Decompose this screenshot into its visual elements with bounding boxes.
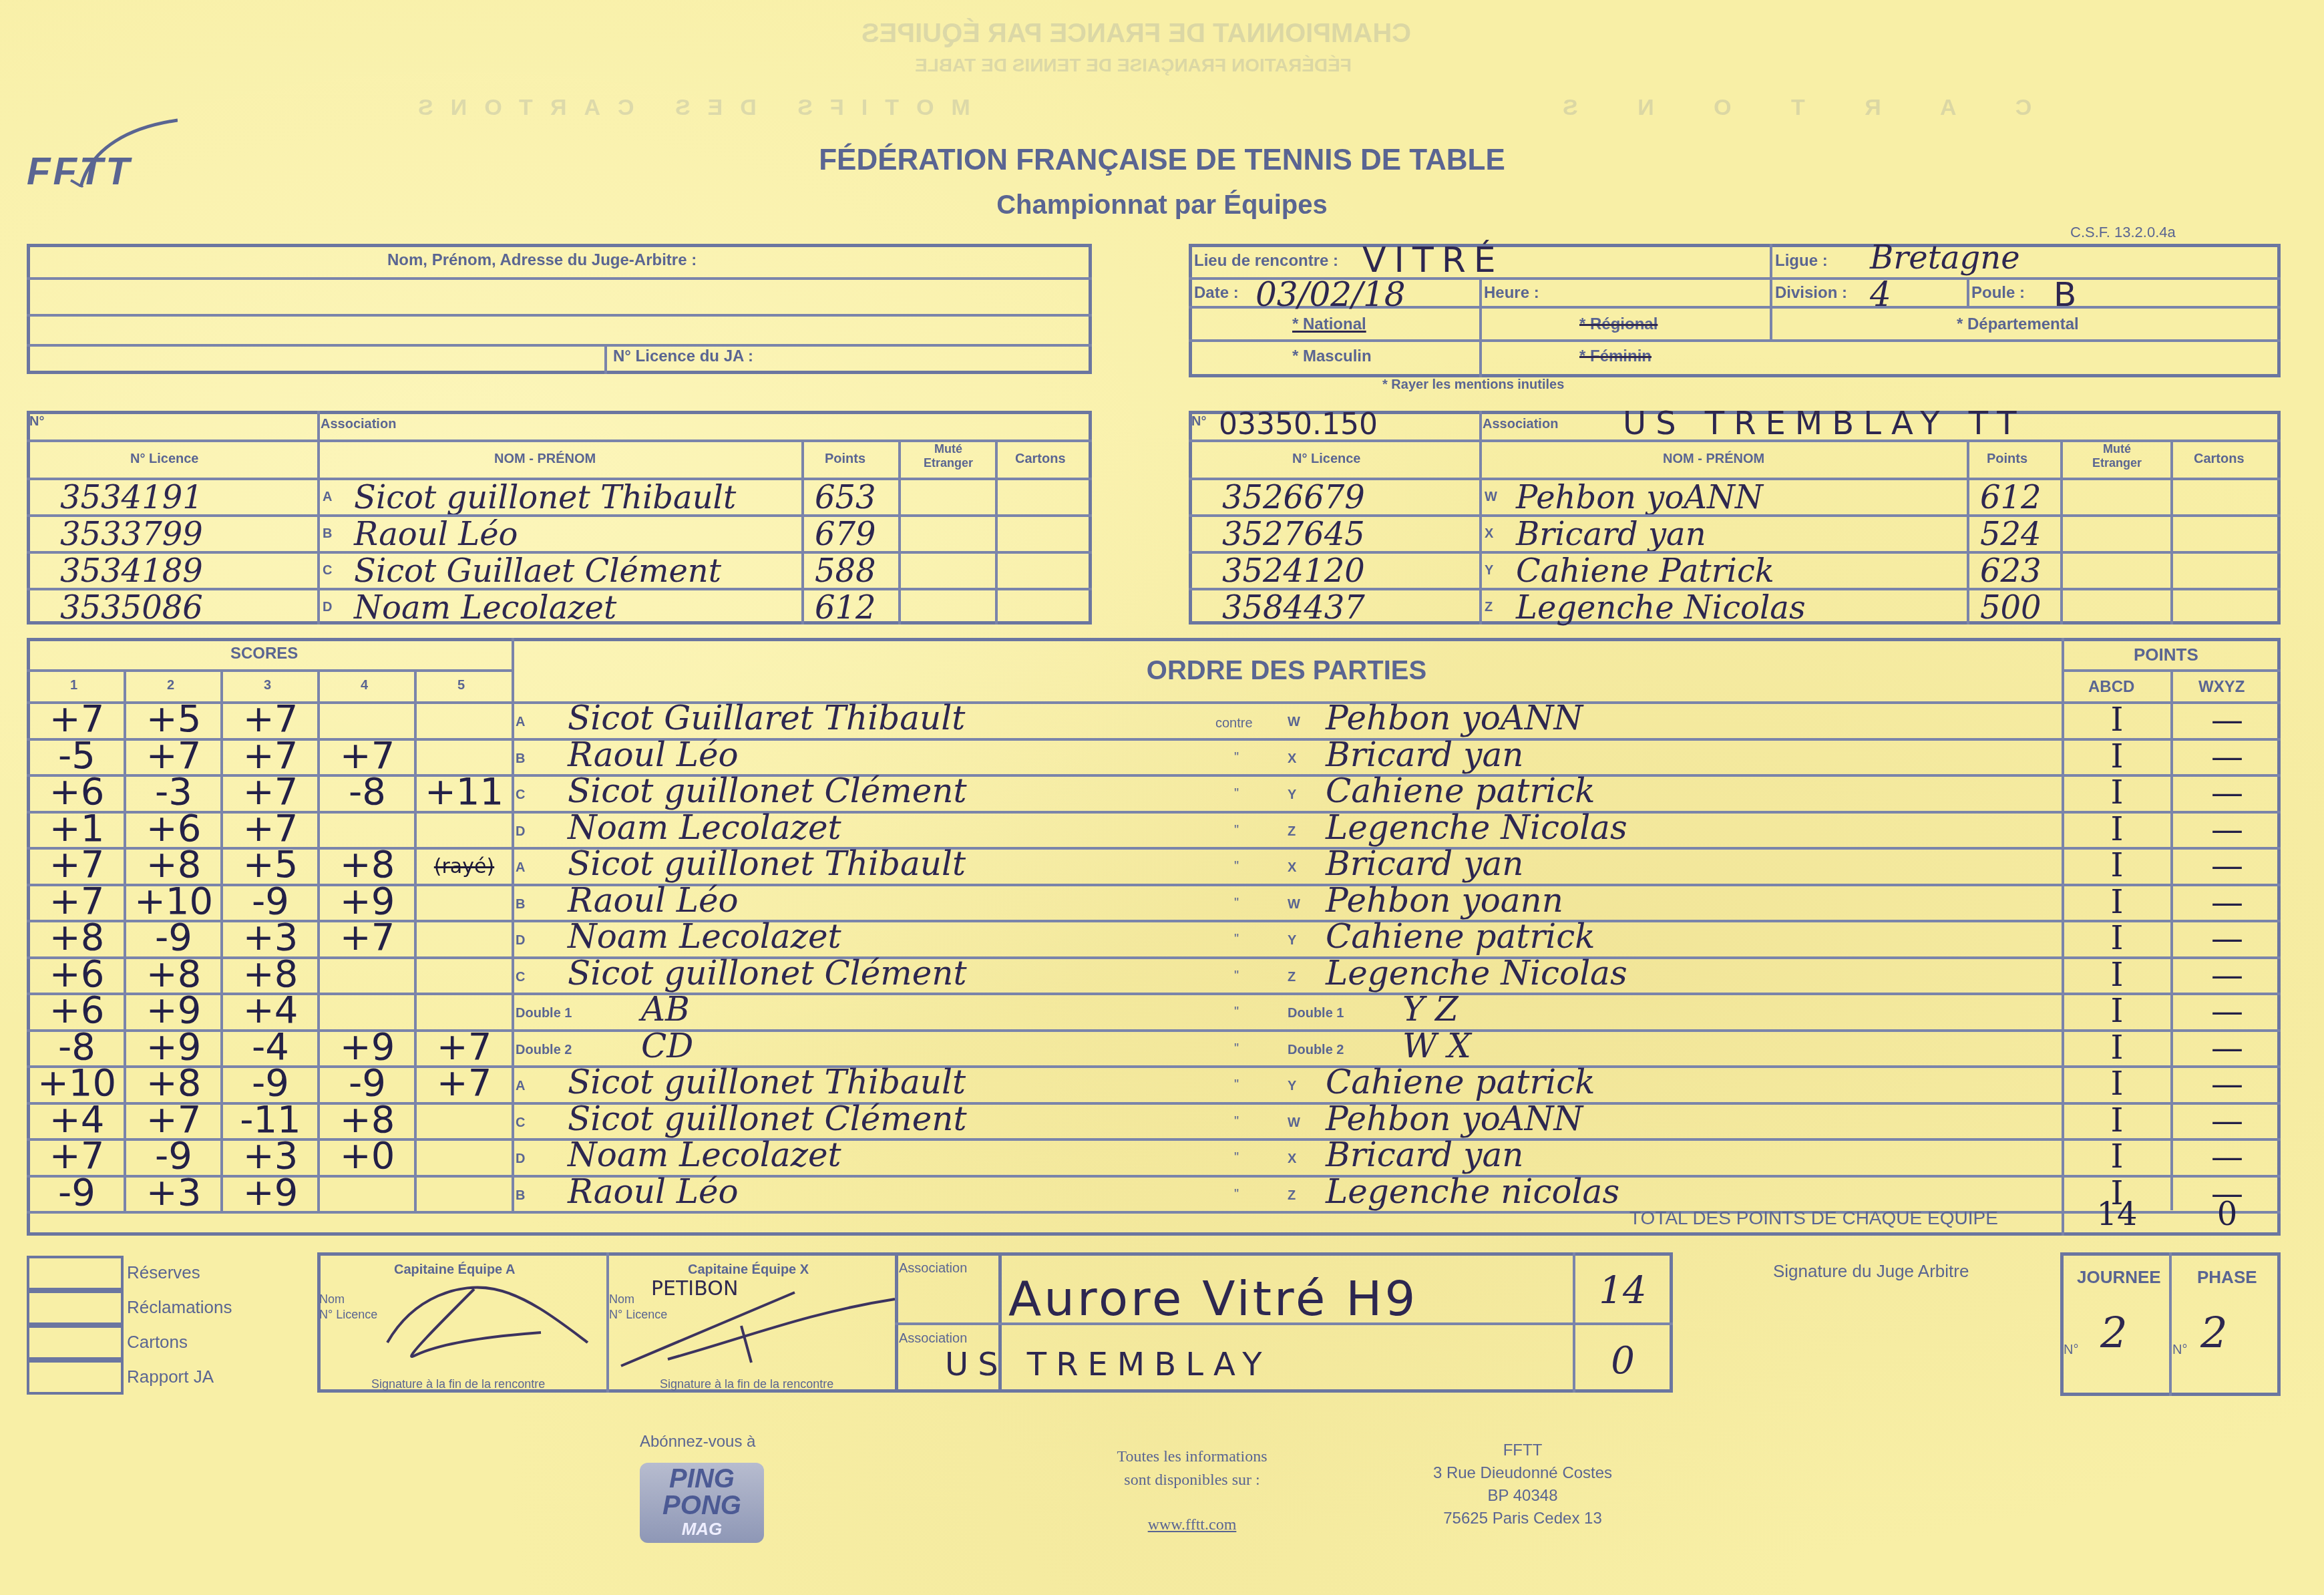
division-label: Division : [1775,284,1847,303]
journee-label: JOURNEE [2077,1267,2161,1288]
right-letter: Z [1288,970,1296,985]
fftt-address: FFTT 3 Rue Dieudonné Costes BP 40348 756… [1376,1439,1670,1530]
team_x-letter: Z [1485,600,1493,615]
team_a-licence[interactable]: 3535086 [60,589,203,627]
team_a-points[interactable]: 679 [815,516,876,553]
team-x-col-licence: N° Licence [1292,452,1360,467]
point-wxyz[interactable]: — [2180,1029,2274,1067]
point-wxyz[interactable]: — [2180,1065,2274,1103]
address-line3: 75625 Paris Cedex 13 [1376,1508,1670,1530]
right-letter: W [1288,1115,1300,1131]
page-subtitle: Championnat par Équipes [0,190,2324,220]
judge-licence-label: N° Licence du JA : [613,347,753,366]
team-x-col-name: NOM - PRÉNOM [1663,452,1764,467]
ditto-mark: " [1234,1187,1239,1202]
right-player[interactable]: Bricard yan [1326,1135,1524,1174]
point-abcd[interactable]: I [2070,920,2164,957]
point-wxyz[interactable]: — [2180,847,2274,884]
ditto-mark: " [1234,859,1239,874]
team_a-letter: C [323,563,332,578]
ditto-mark: " [1234,1077,1239,1093]
team-a-col-mute: Muté Etranger [915,442,982,470]
right-player[interactable]: Pehbon yoANN [1326,699,1583,737]
team-x-association-label: Association [1483,417,1558,432]
point-wxyz[interactable]: — [2180,1138,2274,1176]
captain-x-signature[interactable] [608,1286,902,1373]
left-player[interactable]: Noam Lecolazet [568,917,841,956]
ditto-mark: " [1234,932,1239,947]
captain-a-footer: Signature à la fin de la rencontre [371,1377,545,1391]
left-player[interactable]: Raoul Léo [568,735,739,774]
row-divider [27,993,2281,995]
left-letter: B [516,1188,525,1204]
info-text: Toutes les informations sont disponibles… [1069,1448,1316,1534]
team-x-col-cartons: Cartons [2194,452,2245,467]
team-a-col-points: Points [825,452,865,467]
left-player[interactable]: Noam Lecolazet [568,808,841,847]
ditto-mark: " [1234,823,1239,838]
left-letter: A [516,715,525,730]
captain-a-signature[interactable] [361,1282,601,1369]
point-abcd[interactable]: I [2070,847,2164,884]
right-player[interactable]: Bricard yan [1326,844,1524,883]
team-x-col-points: Points [1987,452,2027,467]
ligue-value[interactable]: Bretagne [1870,239,2020,277]
journee-value[interactable]: 2 [2100,1309,2128,1359]
info-line1: Toutes les informations [1069,1448,1316,1466]
team_a-name[interactable]: Raoul Léo [354,516,518,553]
point-wxyz[interactable]: — [2180,993,2274,1030]
point-wxyz[interactable]: — [2180,1102,2274,1139]
left-letter: C [516,1115,525,1131]
division-value[interactable]: 4 [1870,275,1891,314]
scores-label: SCORES [230,645,298,663]
checkbox-label: Cartons [127,1332,188,1353]
phase-label: PHASE [2197,1267,2257,1288]
date-label: Date : [1194,284,1239,303]
left-player[interactable]: Sicot Guillaret Thibault [568,699,965,737]
team_a-name[interactable]: Sicot guillonet Thibault [354,479,736,516]
right-letter: X [1288,751,1296,767]
poule-label: Poule : [1971,284,2025,303]
phase-value[interactable]: 2 [2200,1309,2228,1359]
point-wxyz[interactable]: — [2180,884,2274,921]
right-letter: Y [1288,787,1296,803]
team_x-licence[interactable]: 3527645 [1222,516,1365,553]
ditto-mark: " [1234,1041,1239,1057]
poule-value[interactable]: B [2054,275,2076,314]
masculin-option[interactable]: * Masculin [1292,347,1372,366]
team_a-licence[interactable]: 3533799 [60,516,203,553]
team_x-name[interactable]: Cahiene Patrick [1516,552,1774,590]
right-letter: X [1288,860,1296,876]
checkbox-label: Réserves [127,1262,200,1283]
row-divider [27,1175,2281,1178]
left-letter: Double 1 [516,1006,572,1021]
point-wxyz[interactable]: — [2180,956,2274,994]
team_a-letter: B [323,526,332,542]
right-player[interactable]: Cahiene patrick [1326,917,1595,956]
team_a-letter: A [323,490,332,505]
checkbox[interactable] [27,1256,124,1290]
ditto-mark: " [1234,1150,1239,1166]
row-divider [27,811,2281,814]
judge-name-label: Nom, Prénom, Adresse du Juge-Arbitre : [387,251,697,270]
right-player[interactable]: Bricard yan [1326,735,1524,774]
point-abcd[interactable]: I [2070,738,2164,775]
feminin-option[interactable]: * Féminin [1579,347,1652,366]
team_x-letter: X [1485,526,1493,542]
team_a-licence[interactable]: 3534189 [60,552,203,590]
heure-label: Heure : [1484,284,1539,303]
left-player[interactable]: Raoul Léo [568,881,739,920]
left-player[interactable]: Sicot guillonet Clément [568,954,967,993]
point-wxyz[interactable]: — [2180,738,2274,775]
right-letter: W [1288,897,1300,912]
point-wxyz[interactable]: — [2180,701,2274,739]
magazine-line3: MAG [640,1519,764,1539]
point-abcd[interactable]: I [2070,884,2164,921]
left-letter: C [516,970,525,985]
left-player[interactable]: Noam Lecolazet [568,1135,841,1174]
point-wxyz[interactable]: — [2180,920,2274,957]
result-association-label: Association [899,1331,967,1347]
right-player[interactable]: Legenche nicolas [1326,1172,1619,1211]
total-label: TOTAL DES POINTS DE CHAQUE EQUIPE [1629,1208,1998,1229]
regional-option[interactable]: * Régional [1579,315,1658,334]
team_a-points[interactable]: 653 [815,479,876,516]
subscribe-text: Abónnez-vous à [640,1433,755,1451]
result-team[interactable]: Aurore Vitré H9 [1008,1270,1418,1326]
right-player[interactable]: Y Z [1402,990,1459,1029]
phase-no-label: N° [2172,1343,2187,1358]
set-score[interactable]: +11 [404,770,524,814]
left-player[interactable]: Sicot guillonet Thibault [568,1063,966,1101]
right-player[interactable]: Pehbon yoann [1326,881,1563,920]
team-x-no-label: N° [1191,414,1206,429]
left-player[interactable]: Raoul Léo [568,1172,739,1211]
left-letter: B [516,897,525,912]
ghost-title: CHAMPIONNAT DE FRANCE PAR ÉQUIPES [861,19,1411,49]
ligue-label: Ligue : [1775,252,1828,271]
address-line1: 3 Rue Dieudonné Costes [1376,1462,1670,1485]
captain-a-title: Capitaine Équipe A [394,1262,516,1278]
team_x-letter: Y [1485,563,1493,578]
ditto-mark: " [1234,896,1239,911]
result-score[interactable]: 0 [1583,1339,1663,1383]
ghost-motifs: MOTIFS DES CARTONS [401,95,970,121]
team_x-points[interactable]: 623 [1980,552,2042,590]
team-a-col-cartons: Cartons [1015,452,1066,467]
right-player[interactable]: W X [1402,1027,1471,1065]
judge-signature-label: Signature du Juge Arbitre [1773,1261,1969,1282]
checkbox-label: Rapport JA [127,1367,214,1387]
departemental-option[interactable]: * Départemental [1957,315,2079,334]
right-player[interactable]: Legenche Nicolas [1326,808,1627,847]
contre-label: contre [1215,716,1253,731]
captain-x-title: Capitaine Équipe X [688,1262,809,1278]
left-player[interactable]: AB [641,990,690,1029]
right-player[interactable]: Legenche Nicolas [1326,954,1627,993]
point-abcd[interactable]: I [2070,1029,2164,1067]
address-line2: BP 40348 [1376,1485,1670,1508]
left-letter: D [516,933,525,948]
point-abcd[interactable]: I [2070,811,2164,848]
team_x-name[interactable]: Legenche Nicolas [1516,589,1806,627]
team-x-association-value[interactable]: US TREMBLAY TT [1623,405,2026,442]
right-letter: W [1288,715,1300,730]
team_x-points[interactable]: 500 [1980,589,2042,627]
point-abcd[interactable]: I [2070,956,2164,994]
info-line2: sont disponibles sur : [1069,1471,1316,1489]
right-player[interactable]: Cahiene patrick [1326,1063,1595,1101]
ditto-mark: " [1234,750,1239,765]
set-header: 3 [264,678,271,693]
right-letter: Double 2 [1288,1043,1344,1058]
date-value[interactable]: 03/02/18 [1255,275,1406,314]
ghost-cartons: C A R T O N S [1536,95,2031,121]
right-player[interactable]: Cahiene patrick [1326,771,1595,810]
team_a-licence[interactable]: 3534191 [60,479,203,516]
left-player[interactable]: Sicot guillonet Thibault [568,844,966,883]
team_a-name[interactable]: Sicot Guillaet Clément [354,552,721,590]
right-letter: Double 1 [1288,1006,1344,1021]
point-abcd[interactable]: I [2070,701,2164,739]
team-a-no-label: N° [29,414,44,429]
left-player[interactable]: Sicot guillonet Clément [568,771,967,810]
wxyz-label: WXYZ [2198,678,2245,697]
team_a-points[interactable]: 588 [815,552,876,590]
team-x-col-mute: Muté Etranger [2080,442,2154,470]
left-letter: D [516,824,525,840]
team_x-licence[interactable]: 3524120 [1222,552,1365,590]
right-letter: Z [1288,1188,1296,1204]
checkbox[interactable] [27,1290,124,1325]
set-score[interactable]: +9 [210,1171,331,1214]
team_x-points[interactable]: 524 [1980,516,2042,553]
set-score[interactable]: (rayé) [404,855,524,878]
ditto-mark: " [1234,1114,1239,1129]
total-wxyz[interactable]: 0 [2180,1196,2274,1233]
page-title: FÉDÉRATION FRANÇAISE DE TENNIS DE TABLE [0,144,2324,177]
left-letter: B [516,751,525,767]
right-player[interactable]: Pehbon yoANN [1326,1099,1583,1138]
right-letter: X [1288,1151,1296,1167]
result-team[interactable]: US TREMBLAY [945,1346,1271,1383]
point-abcd[interactable]: I [2070,1102,2164,1139]
team-a-col-name: NOM - PRÉNOM [494,452,596,467]
result-association-label: Association [899,1261,967,1276]
team_x-letter: W [1485,490,1497,505]
point-abcd[interactable]: I [2070,1065,2164,1103]
left-letter: Double 2 [516,1043,572,1058]
form-code: C.S.F. 13.2.0.4a [2070,224,2176,241]
ditto-mark: " [1234,1005,1239,1020]
address-org: FFTT [1376,1439,1670,1462]
team_a-letter: D [323,600,332,615]
order-title: ORDRE DES PARTIES [512,656,2062,686]
left-letter: C [516,787,525,803]
team_a-points[interactable]: 612 [815,589,876,627]
magazine-line1: PING [640,1465,764,1492]
row-divider [27,956,2281,959]
point-abcd[interactable]: I [2070,1138,2164,1176]
website-link[interactable]: www.fftt.com [1069,1516,1316,1534]
left-player[interactable]: Sicot guillonet Clément [568,1099,967,1138]
set-header: 2 [167,678,174,693]
right-letter: Y [1288,933,1296,948]
team_x-name[interactable]: Bricard yan [1516,516,1706,553]
point-wxyz[interactable]: — [2180,811,2274,848]
checkbox[interactable] [27,1360,124,1395]
right-letter: Y [1288,1079,1296,1094]
abcd-label: ABCD [2088,678,2134,697]
point-abcd[interactable]: I [2070,774,2164,812]
team-a-association-label: Association [321,417,396,432]
team-x-no-value[interactable]: 03350.150 [1219,407,1378,441]
ghost-subtitle: FÉDÉRATION FRANÇAISE DE TENNIS DE TABLE [915,55,1352,76]
ping-pong-mag-logo: PING PONG MAG [640,1463,764,1543]
set-header: 1 [70,678,77,693]
row-divider [27,701,2281,704]
total-abcd[interactable]: 14 [2070,1196,2164,1233]
magazine-line2: PONG [640,1492,764,1519]
checkbox-label: Réclamations [127,1297,232,1318]
ditto-mark: " [1234,968,1239,984]
right-letter: Z [1288,824,1296,840]
set-header: 5 [457,678,465,693]
lieu-value[interactable]: VITRÉ [1362,240,1504,281]
set-header: 4 [361,678,368,693]
captain-a-nom-label: Nom [319,1292,345,1306]
left-letter: A [516,860,525,876]
rayer-note: * Rayer les mentions inutiles [1382,377,1564,393]
left-player[interactable]: CD [641,1027,693,1065]
team_x-licence[interactable]: 3584437 [1222,589,1365,627]
checkbox[interactable] [27,1325,124,1360]
team-a-col-licence: N° Licence [130,452,198,467]
left-letter: D [516,1151,525,1167]
team_x-licence[interactable]: 3526679 [1222,479,1365,516]
point-wxyz[interactable]: — [2180,774,2274,812]
captain-x-footer: Signature à la fin de la rencontre [660,1377,833,1391]
points-label: POINTS [2134,645,2198,665]
point-abcd[interactable]: I [2070,993,2164,1030]
result-score[interactable]: 14 [1583,1269,1663,1312]
national-option[interactable]: * National [1292,315,1366,334]
journee-no-label: N° [2064,1343,2078,1358]
team_x-name[interactable]: Pehbon yoANN [1516,479,1763,516]
left-letter: A [516,1079,525,1094]
ditto-mark: " [1234,786,1239,802]
team_x-points[interactable]: 612 [1980,479,2042,516]
lieu-label: Lieu de rencontre : [1194,252,1338,271]
team_a-name[interactable]: Noam Lecolazet [354,589,616,627]
